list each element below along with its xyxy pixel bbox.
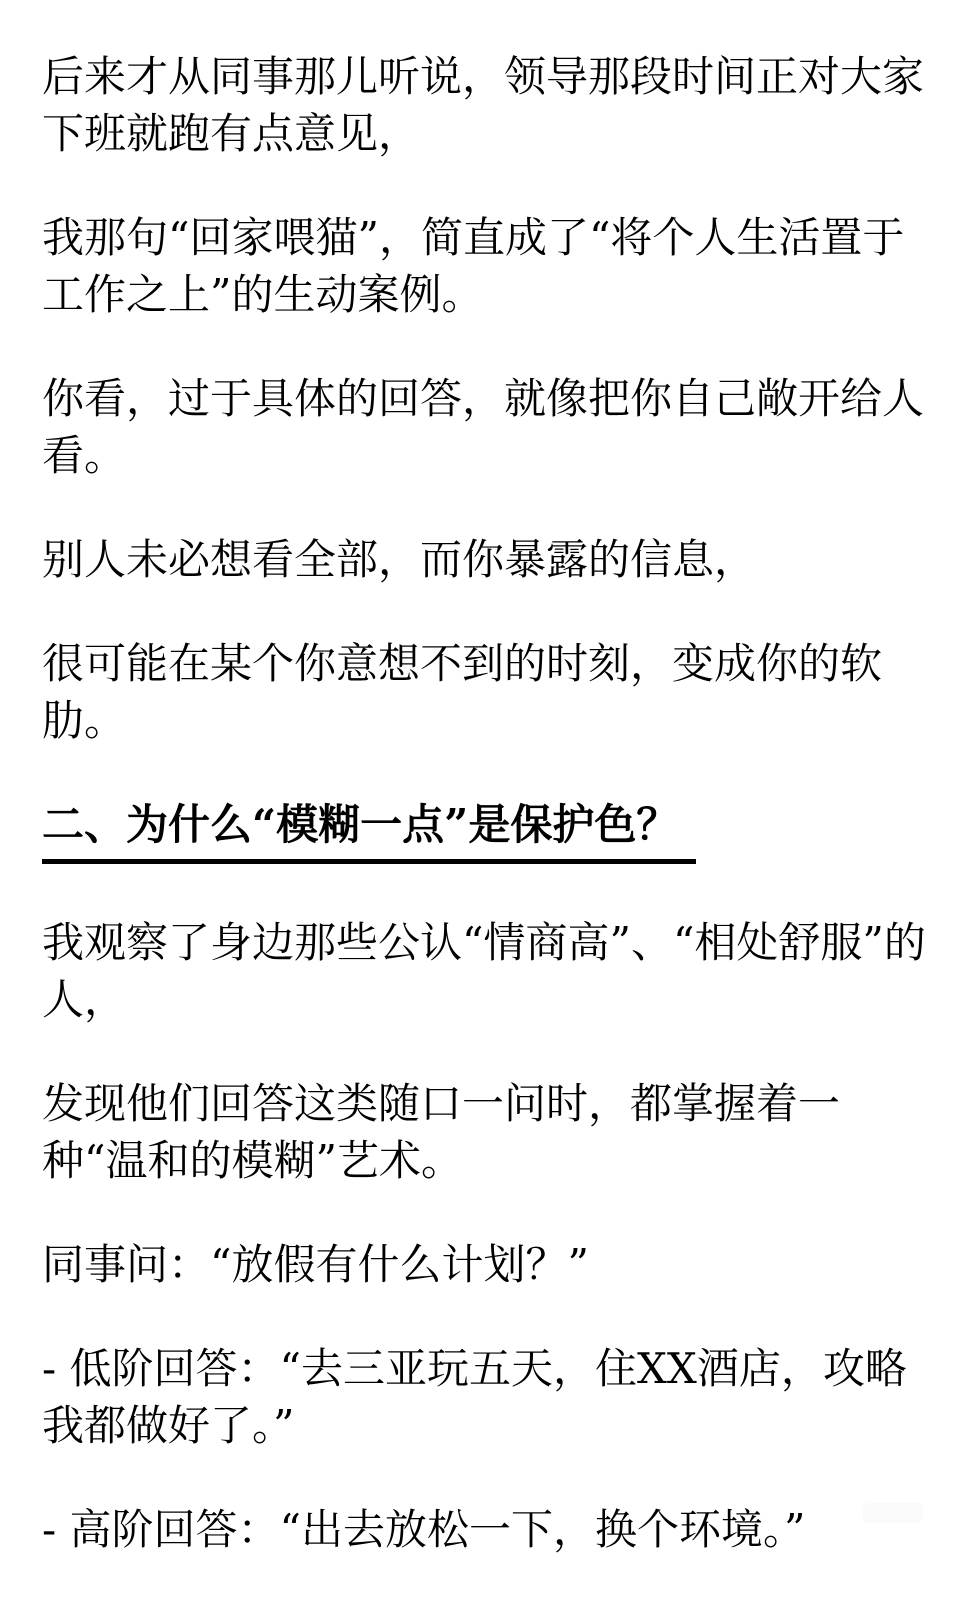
paragraph: 同事问：“放假有什么计划？” <box>42 1236 927 1293</box>
paragraph: - 高阶回答：“出去放松一下，换个环境。” <box>42 1501 927 1558</box>
paragraph: 发现他们回答这类随口一问时，都掌握着一种“温和的模糊”艺术。 <box>42 1075 927 1189</box>
paragraph: 我那句“回家喂猫”，简直成了“将个人生活置于工作之上”的生动案例。 <box>42 209 927 323</box>
section-heading: 二、为什么“模糊一点”是保护色？ <box>42 796 927 864</box>
article-body: 后来才从同事那儿听说，领导那段时间正对大家下班就跑有点意见，我那句“回家喂猫”，… <box>0 0 960 1558</box>
paragraph: 后来才从同事那儿听说，领导那段时间正对大家下班就跑有点意见， <box>42 48 927 162</box>
paragraph: 你看，过于具体的回答，就像把你自己敞开给人看。 <box>42 370 927 484</box>
paragraph: 我观察了身边那些公认“情商高”、“相处舒服”的人， <box>42 914 927 1028</box>
paragraph: 别人未必想看全部，而你暴露的信息， <box>42 531 927 588</box>
section-heading-text: 二、为什么“模糊一点”是保护色？ <box>42 796 696 864</box>
watermark-remnant <box>863 1503 923 1523</box>
paragraph: - 低阶回答：“去三亚玩五天，住XX酒店，攻略我都做好了。” <box>42 1340 927 1454</box>
paragraph: 很可能在某个你意想不到的时刻，变成你的软肋。 <box>42 635 927 749</box>
article-page: { "page": { "background": "#ffffff", "te… <box>0 0 960 1600</box>
